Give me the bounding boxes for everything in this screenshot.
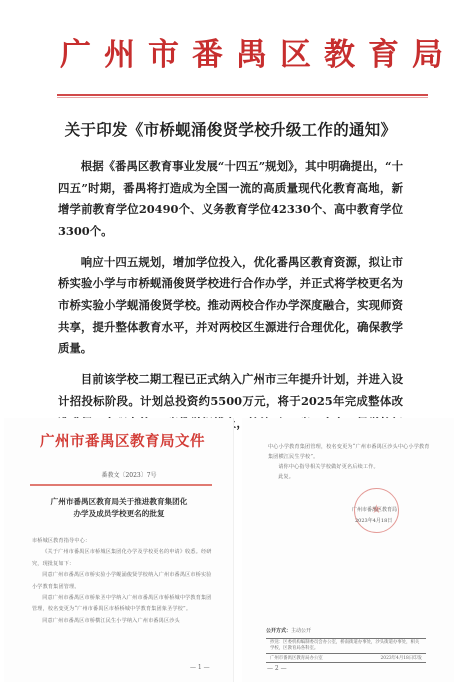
page-number: — 1 —	[190, 664, 210, 671]
scanned-document-images: 广州市番禺区教育局文件 番教文〔2023〕7号 广州市番禺区教育局关于推进教育集…	[0, 418, 461, 687]
reply-line: 中心小学教育集团管理，校名变更为“广州市番禺区沙头中心小学教育集团横江民生学校”…	[268, 442, 433, 462]
reply-line: 同意广州市番禺区市桥实验小学蚬涌俊贤学校纳入广州市番禺区市桥实验小学教育集团管理…	[32, 570, 216, 593]
paragraph-plan: 根据《番禺区教育事业发展“十四五”规划》，其中明确提出，“十四五”时期，番禺将打…	[58, 156, 403, 242]
disclosure-method: 公开方式：主动公开	[266, 627, 311, 634]
reply-line: 同意广州市番禺区市桥横江民生小学纳入广州市番禺区沙头	[32, 616, 216, 627]
reply-body: 市桥城区教育指导中心： 《关于广州市番禺区市桥城区集团化办学及学校更名的申请》收…	[32, 536, 216, 627]
signing-organization: 广州市番禺区教育局	[352, 506, 397, 513]
reply-line: 同意广州市番禺区市桥象圣中学纳入广州市番禺区市桥桥城中学教育集团管理，校名变更为…	[32, 593, 216, 616]
reply-line: 此复。	[268, 472, 433, 482]
reply-line: 《关于广州市番禺区市桥城区集团化办学及学校更名的申请》收悉。经研究，现批复如下：	[32, 547, 216, 570]
disclosure-value: 主动公开	[291, 628, 311, 634]
reply-continuation: 中心小学教育集团管理，校名变更为“广州市番禺区沙头中心小学教育集团横江民生学校”…	[268, 442, 433, 482]
disclosure-label: 公开方式：	[266, 628, 291, 634]
reply-title-line-2: 办学及成员学校更名的批复	[4, 508, 234, 520]
notice-document: 广州市番禺区教育局 关于印发《市桥蚬涌俊贤学校升级工作的通知》 根据《番禺区教育…	[0, 0, 461, 390]
file-header: 广州市番禺区教育局文件	[40, 430, 205, 451]
organization-header: 广州市番禺区教育局	[60, 38, 430, 72]
reply-title-line-1: 广州市番禺区教育局关于推进教育集团化	[4, 496, 234, 508]
reply-title: 广州市番禺区教育局关于推进教育集团化 办学及成员学校更名的批复	[4, 496, 234, 520]
page-number: — 2 —	[267, 665, 287, 672]
header-divider	[57, 94, 428, 98]
file-number: 番教文〔2023〕7号	[4, 470, 234, 479]
recipient: 市桥城区教育指导中心：	[32, 536, 216, 547]
issue-line: 广州市番禺区教育局办公室 2023年4月18日印发	[266, 654, 426, 663]
reply-line: 请你中心指导相关学校做好更名后续工作。	[268, 462, 433, 472]
issue-date: 2023年4月18日印发	[380, 655, 422, 661]
cc-list: 抄送：区委机构编制委员会办公室，桥南街道办事处，沙头街道办事处，相关学校，区教育…	[266, 638, 426, 654]
file-divider	[30, 484, 212, 486]
document-title: 关于印发《市桥蚬涌俊贤学校升级工作的通知》	[0, 118, 461, 140]
signing-date: 2023年4月18日	[355, 517, 392, 524]
issuer: 广州市番禺区教育局办公室	[270, 655, 323, 661]
scanned-page-1: 广州市番禺区教育局文件 番教文〔2023〕7号 广州市番禺区教育局关于推进教育集…	[4, 418, 234, 682]
paragraph-cooperation: 响应十四五规划，增加学位投入，优化番禺区教育资源，拟让市桥实验小学与市桥蚬涌俊贤…	[58, 252, 403, 360]
scanned-page-2: 中心小学教育集团管理，校名变更为“广州市番禺区沙头中心小学教育集团横江民生学校”…	[242, 418, 454, 682]
